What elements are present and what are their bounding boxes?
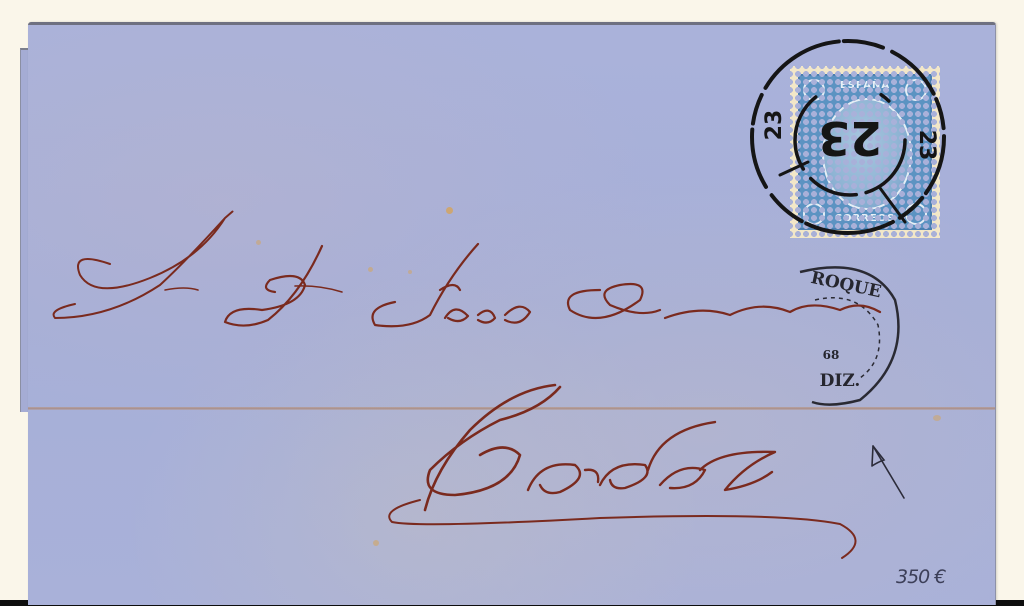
pencil-price-note: 350 €	[896, 566, 945, 588]
foxing-spot	[408, 270, 412, 274]
fold-line	[28, 407, 995, 410]
foxing-spot	[446, 207, 453, 214]
foxing-spot	[933, 415, 941, 421]
foxing-spot	[256, 240, 261, 245]
foxing-spot	[368, 267, 373, 272]
stamp-portrait	[822, 98, 912, 210]
postage-stamp: ESPAÑA CORREOS	[790, 66, 940, 238]
stamp-bottom-label: CORREOS	[800, 213, 930, 224]
stamp-country-label: ESPAÑA	[800, 80, 930, 91]
foxing-spot	[373, 540, 379, 546]
